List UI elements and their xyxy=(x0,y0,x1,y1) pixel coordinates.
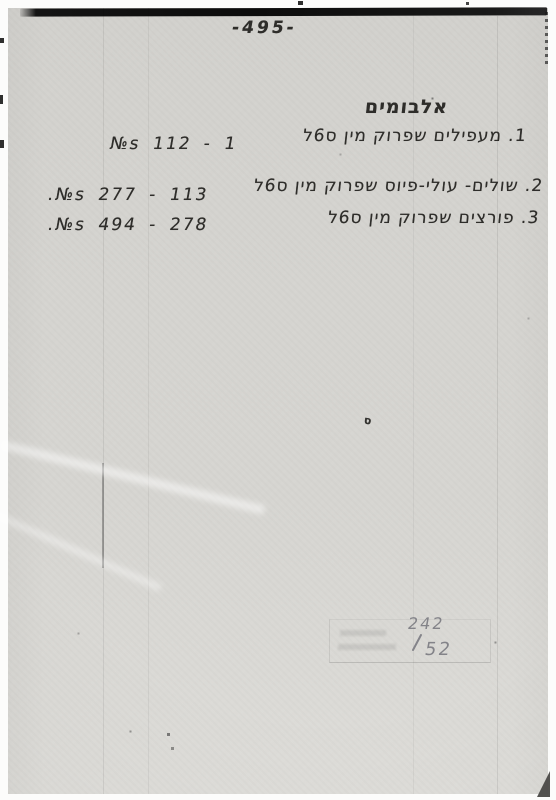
paper-fold-highlight xyxy=(0,512,162,592)
top-edge-mark xyxy=(466,2,469,5)
entry-2-text: 2. שולים- עולי-פיוס שפרוק מין ס6ל xyxy=(253,176,544,196)
ink-blot: ס xyxy=(363,414,372,428)
paper-crease xyxy=(102,463,104,568)
paper-crease xyxy=(103,8,104,794)
file-number-top: 242 xyxy=(406,614,446,633)
scanned-document: -495- אלבומים 1. מעפילים שפרוק מין ס6ל №… xyxy=(0,0,556,800)
left-edge-mark xyxy=(0,38,4,43)
page-number: -495- xyxy=(230,18,298,38)
faded-stamp-smudge xyxy=(338,644,396,650)
right-edge-speckle xyxy=(545,12,548,68)
entry-1-text: 1. מעפילים שפרוק מין ס6ל xyxy=(302,126,528,146)
faded-stamp-smudge xyxy=(340,630,386,636)
top-edge-mark xyxy=(298,1,303,5)
entry-2-number-range: .№s 277 - 113 xyxy=(46,185,210,205)
entry-3-number-range: .№s 494 - 278 xyxy=(46,215,210,235)
list-title: אלבומים xyxy=(364,96,449,118)
paper-fold-highlight xyxy=(1,440,265,514)
scan-specks xyxy=(8,8,9,9)
paper-crease xyxy=(148,8,149,794)
entry-1-number-range: №s 112 - 1 xyxy=(108,134,239,154)
scan-artifact-top-band xyxy=(20,7,547,16)
document-page: -495- אלבומים 1. מעפילים שפרוק מין ס6ל №… xyxy=(8,8,548,794)
file-number-bottom: 52 xyxy=(423,639,454,660)
left-edge-mark xyxy=(0,140,4,148)
left-edge-mark xyxy=(0,95,3,104)
entry-3-text: 3. פורצים שפרוק מין ס6ל xyxy=(327,208,540,228)
corner-shadow xyxy=(537,771,550,797)
